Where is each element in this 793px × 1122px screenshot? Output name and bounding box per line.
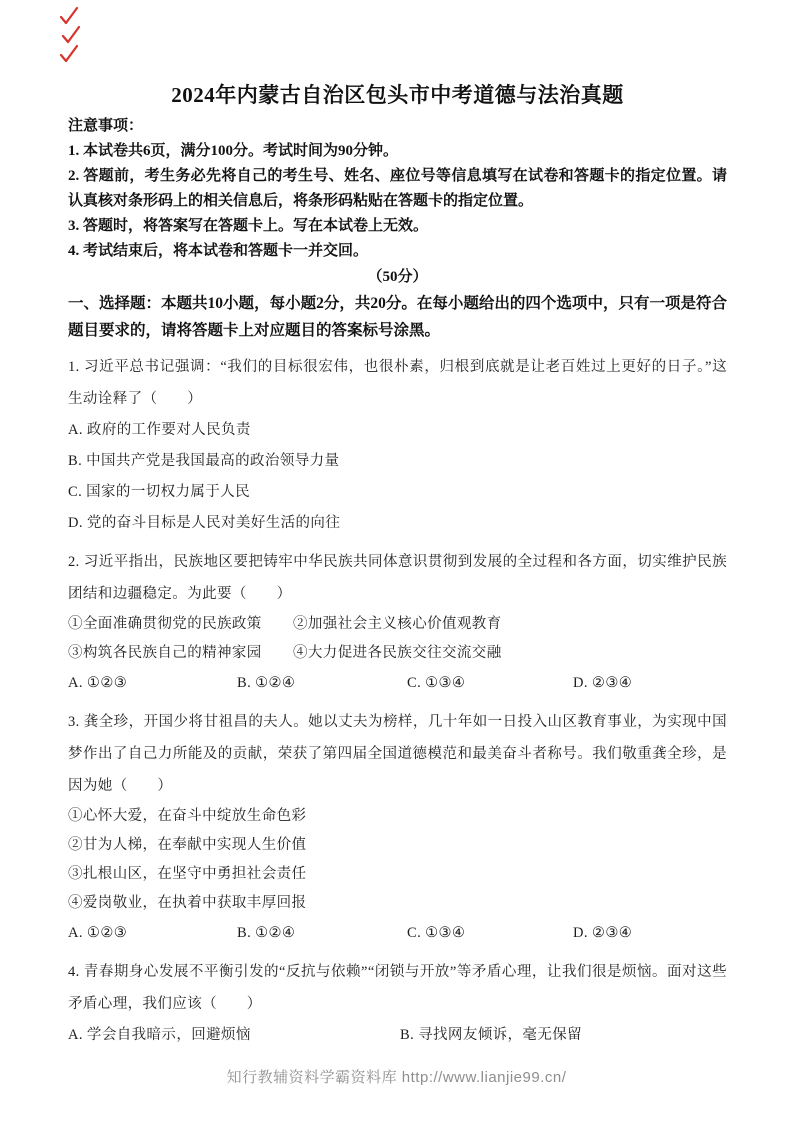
- question-3-statement-3-row: ③扎根山区，在坚守中勇担社会责任: [68, 860, 727, 889]
- section-score: （50分）: [68, 264, 727, 290]
- notice-item-3: 3. 答题时，将答案写在答题卡上。写在本试卷上无效。: [68, 214, 727, 239]
- question-3-choice-a: A. ①②③: [68, 918, 237, 949]
- question-4-stem: 4. 青春期身心发展不平衡引发的“反抗与依赖”“闭锁与开放”等矛盾心理，让我们很…: [68, 956, 727, 1020]
- footer-watermark: 知行教辅资料学霸资料库 http://www.lianjie99.cn/: [0, 1066, 793, 1087]
- notice-item-1: 1. 本试卷共6页，满分100分。考试时间为90分钟。: [68, 139, 727, 164]
- question-3-choice-b: B. ①②④: [237, 918, 407, 949]
- question-1-option-b: B. 中国共产党是我国最高的政治领导力量: [68, 446, 727, 477]
- question-3-choice-d: D. ②③④: [573, 918, 727, 949]
- question-3: 3. 龚全珍，开国少将甘祖昌的夫人。她以丈夫为榜样，几十年如一日投入山区教育事业…: [68, 706, 727, 949]
- question-1-option-c: C. 国家的一切权力属于人民: [68, 477, 727, 508]
- question-4-option-b: B. 寻找网友倾诉，毫无保留: [400, 1020, 727, 1051]
- question-3-statement-2: ②甘为人梯，在奉献中实现人生价值: [68, 831, 727, 860]
- question-3-statement-4: ④爱岗敬业，在执着中获取丰厚回报: [68, 889, 727, 918]
- question-1-stem: 1. 习近平总书记强调：“我们的目标很宏伟，也很朴素，归根到底就是让老百姓过上更…: [68, 351, 727, 415]
- question-2-choice-b: B. ①②④: [237, 668, 407, 699]
- question-2-statement-2: ②加强社会主义核心价值观教育: [293, 610, 727, 639]
- question-4-options-row: A. 学会自我暗示，回避烦恼 B. 寻找网友倾诉，毫无保留: [68, 1020, 727, 1051]
- question-3-statement-1-row: ①心怀大爱，在奋斗中绽放生命色彩: [68, 802, 727, 831]
- question-3-choices-row: A. ①②③ B. ①②④ C. ①③④ D. ②③④: [68, 918, 727, 949]
- exam-paper-page: 2024年内蒙古自治区包头市中考道德与法治真题 注意事项： 1. 本试卷共6页，…: [0, 0, 793, 1122]
- question-2-choice-c: C. ①③④: [407, 668, 573, 699]
- question-3-statement-4-row: ④爱岗敬业，在执着中获取丰厚回报: [68, 889, 727, 918]
- question-3-statement-3: ③扎根山区，在坚守中勇担社会责任: [68, 860, 727, 889]
- question-2-statement-3: ③构筑各民族自己的精神家园: [68, 639, 293, 668]
- question-1-option-d: D. 党的奋斗目标是人民对美好生活的向往: [68, 508, 727, 539]
- notice-item-4: 4. 考试结束后，将本试卷和答题卡一并交回。: [68, 239, 727, 264]
- notice-item-2: 2. 答题前，考生务必先将自己的考生号、姓名、座位号等信息填写在试卷和答题卡的指…: [68, 164, 727, 214]
- page-title: 2024年内蒙古自治区包头市中考道德与法治真题: [68, 80, 727, 110]
- question-2-choice-a: A. ①②③: [68, 668, 237, 699]
- section-1-header: 一、选择题：本题共10小题，每小题2分，共20分。在每小题给出的四个选项中，只有…: [68, 290, 727, 344]
- notices-heading: 注意事项：: [68, 114, 727, 139]
- question-4: 4. 青春期身心发展不平衡引发的“反抗与依赖”“闭锁与开放”等矛盾心理，让我们很…: [68, 956, 727, 1051]
- red-pen-checkmarks-icon: [58, 5, 82, 65]
- question-2-statements-row-1: ①全面准确贯彻党的民族政策 ②加强社会主义核心价值观教育: [68, 610, 727, 639]
- question-2-choices-row: A. ①②③ B. ①②④ C. ①③④ D. ②③④: [68, 668, 727, 699]
- question-1-option-a: A. 政府的工作要对人民负责: [68, 415, 727, 446]
- question-3-stem: 3. 龚全珍，开国少将甘祖昌的夫人。她以丈夫为榜样，几十年如一日投入山区教育事业…: [68, 706, 727, 802]
- question-3-statement-2-row: ②甘为人梯，在奉献中实现人生价值: [68, 831, 727, 860]
- question-3-choice-c: C. ①③④: [407, 918, 573, 949]
- question-2-stem: 2. 习近平指出，民族地区要把铸牢中华民族共同体意识贯彻到发展的全过程和各方面，…: [68, 546, 727, 610]
- question-2-statement-4: ④大力促进各民族交往交流交融: [293, 639, 727, 668]
- question-2-choice-d: D. ②③④: [573, 668, 727, 699]
- question-1: 1. 习近平总书记强调：“我们的目标很宏伟，也很朴素，归根到底就是让老百姓过上更…: [68, 351, 727, 539]
- question-2: 2. 习近平指出，民族地区要把铸牢中华民族共同体意识贯彻到发展的全过程和各方面，…: [68, 546, 727, 699]
- question-2-statement-1: ①全面准确贯彻党的民族政策: [68, 610, 293, 639]
- question-4-option-a: A. 学会自我暗示，回避烦恼: [68, 1020, 400, 1051]
- question-2-statements-row-2: ③构筑各民族自己的精神家园 ④大力促进各民族交往交流交融: [68, 639, 727, 668]
- question-3-statement-1: ①心怀大爱，在奋斗中绽放生命色彩: [68, 802, 727, 831]
